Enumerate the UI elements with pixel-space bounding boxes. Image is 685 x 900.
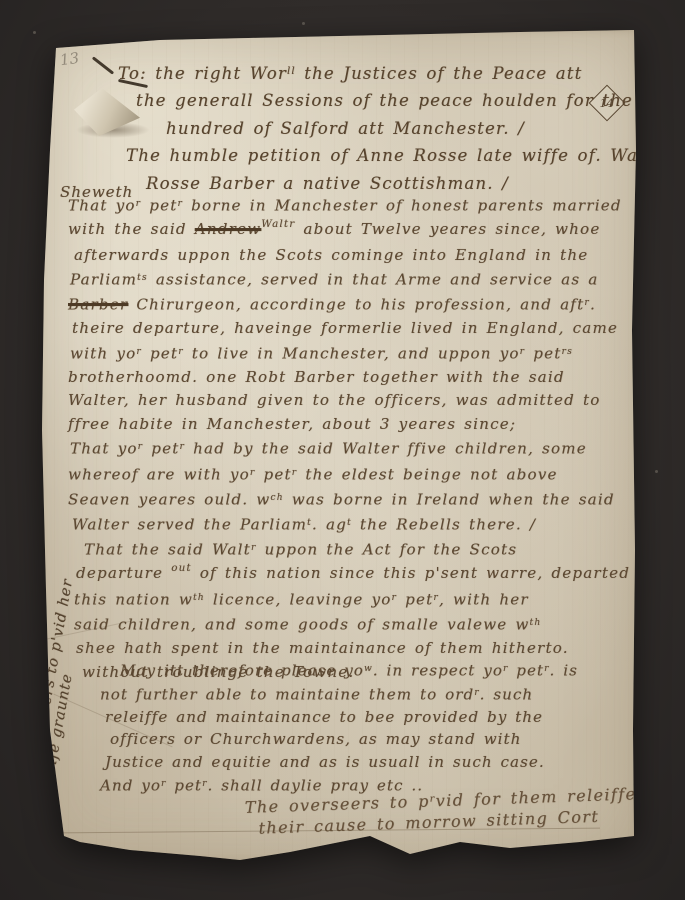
- text-segment-sup: ll: [287, 66, 296, 77]
- text-segment-sup: th: [529, 618, 541, 628]
- text-segment: assistance, served in that Arme and serv…: [148, 271, 599, 289]
- text-line: said children, and some goods of smalle …: [74, 612, 630, 637]
- petition-body: That yor petr borne in Manchester of hon…: [68, 193, 630, 684]
- text-segment: said children, and some goods of smalle …: [74, 616, 529, 634]
- text-segment-ins: Waltr: [261, 219, 295, 230]
- text-line: Justice and equitie and as is usuall in …: [105, 751, 578, 773]
- text-segment-sup: th: [193, 593, 205, 603]
- text-line: Barber Chirurgeon, accordinge to his pro…: [68, 292, 630, 317]
- text-segment: had by the said Walter ffive children, s…: [185, 440, 587, 458]
- text-segment: brotherhoomd. one Robt Barber together w…: [68, 368, 565, 386]
- text-segment: with the said: [68, 220, 195, 238]
- dust-speck: [655, 470, 658, 473]
- text-segment: theire departure, haveinge formerlie liv…: [72, 319, 618, 337]
- text-line: hundred of Salford att Manchester. /: [166, 115, 672, 143]
- text-segment: That yo: [68, 197, 136, 215]
- text-segment: That yo: [70, 440, 138, 458]
- text-segment: pet: [142, 344, 178, 362]
- text-segment-ins: out: [171, 563, 192, 574]
- text-segment: Parliam: [70, 271, 137, 289]
- text-segment: ffree habite in Manchester, about 3 year…: [68, 415, 516, 433]
- text-segment: , with her: [439, 591, 529, 609]
- text-segment: May itt therefore please yo: [120, 662, 364, 680]
- text-line: May itt therefore please yow. in respect…: [120, 658, 578, 682]
- text-segment: Walter, her husband given to the officer…: [68, 391, 601, 409]
- folio-number-left: 13: [59, 49, 80, 69]
- text-segment: uppon the Act for the Scots: [257, 540, 518, 558]
- text-segment: . such: [480, 685, 534, 703]
- manuscript-page: 13 14 To: the right Worll the Justices o…: [40, 30, 637, 862]
- text-line: the generall Sessions of the peace hould…: [136, 87, 672, 115]
- text-line: Walter served the Parliamt. agt the Rebe…: [72, 512, 630, 537]
- text-segment: pet: [397, 591, 433, 609]
- text-line: with the said AndrewWaltr about Twelve y…: [68, 218, 630, 244]
- text-segment: whereof are with yo: [68, 465, 250, 483]
- text-segment: afterwards uppon the Scots cominge into …: [74, 246, 588, 264]
- text-line: That yor petr borne in Manchester of hon…: [68, 193, 630, 218]
- text-segment: the Rebells there. /: [352, 515, 536, 533]
- text-segment: not further able to maintaine them to or…: [100, 685, 474, 703]
- text-segment: was borne in Ireland when the said: [284, 490, 615, 508]
- text-line: with yor petr to live in Manchester, and…: [70, 341, 630, 366]
- text-segment: To: the right Wor: [118, 64, 287, 83]
- text-line: whereof are with yor petr the eldest bei…: [68, 462, 630, 487]
- text-line: afterwards uppon the Scots cominge into …: [74, 244, 630, 268]
- text-line: Seaven yeares ould. wch was borne in Ire…: [68, 487, 630, 512]
- text-segment: .: [590, 296, 596, 314]
- text-line: Walter, her husband given to the officer…: [68, 389, 630, 413]
- text-segment-sup: rs: [562, 347, 573, 357]
- text-segment: the Justices of the Peace att: [296, 64, 583, 83]
- text-segment: pet: [166, 777, 202, 795]
- text-segment: . in respect yo: [373, 662, 503, 680]
- text-segment: this nation w: [74, 591, 193, 609]
- text-segment: the generall Sessions of the peace hould…: [136, 91, 633, 110]
- text-segment-sup: ch: [270, 493, 283, 503]
- text-segment: borne in Manchester of honest parents ma…: [183, 197, 622, 215]
- text-segment: Walter served the Parliam: [72, 515, 307, 533]
- text-line: Parliamts assistance, served in that Arm…: [70, 267, 630, 292]
- text-line: releiffe and maintainance to bee provide…: [105, 706, 578, 728]
- petition-prayer: May itt therefore please yow. in respect…: [100, 658, 578, 797]
- text-segment: of this nation since this p'sent warre, …: [192, 564, 630, 582]
- text-segment: pet: [508, 662, 544, 680]
- petition-heading: To: the right Worll the Justices of the …: [118, 58, 672, 197]
- text-segment: The humble petition of Anne Rosse late w…: [126, 146, 672, 165]
- text-segment: . is: [549, 662, 577, 680]
- photo-backdrop: 13 14 To: the right Worll the Justices o…: [0, 0, 685, 900]
- text-segment: pet: [141, 197, 177, 215]
- text-segment-strike: Andrew: [195, 220, 261, 238]
- text-segment-strike: Barber: [68, 296, 128, 314]
- text-segment: pet: [525, 344, 561, 362]
- text-line: ffree habite in Manchester, about 3 year…: [68, 413, 630, 437]
- text-segment: pet: [255, 465, 291, 483]
- text-segment: the eldest beinge not above: [297, 465, 557, 483]
- text-segment: . ag: [312, 515, 347, 533]
- text-segment: to live in Manchester, and uppon yo: [184, 344, 520, 362]
- paper-tear-slit: [92, 56, 114, 74]
- text-segment: releiffe and maintainance to bee provide…: [105, 708, 543, 726]
- text-line: brotherhoomd. one Robt Barber together w…: [68, 366, 630, 390]
- text-segment-sup: ts: [137, 273, 148, 283]
- text-line: not further able to maintaine them to or…: [100, 682, 578, 706]
- text-segment: And yo: [100, 777, 161, 795]
- dust-speck: [33, 31, 36, 34]
- text-segment: pet: [143, 440, 179, 458]
- text-line: this nation wth licence, leavinge yor pe…: [74, 587, 630, 612]
- text-segment: Rosse Barber a native Scottishman. /: [146, 174, 509, 193]
- dust-speck: [302, 22, 305, 25]
- text-segment: Justice and equitie and as is usuall in …: [105, 753, 545, 771]
- text-segment: licence, leavinge yo: [205, 591, 392, 609]
- text-segment: hundred of Salford att Manchester. /: [166, 119, 525, 138]
- text-segment: Seaven yeares ould. w: [68, 490, 270, 508]
- text-line: To: the right Worll the Justices of the …: [118, 58, 672, 87]
- text-segment: shee hath spent in the maintainance of t…: [76, 639, 569, 657]
- text-line: The humble petition of Anne Rosse late w…: [126, 142, 672, 170]
- text-line: theire departure, haveinge formerlie liv…: [72, 317, 630, 341]
- text-line: That the said Waltr uppon the Act for th…: [84, 537, 630, 562]
- text-segment: about Twelve yeares since, whoe: [295, 220, 600, 238]
- text-segment: Chirurgeon, accordinge to his profession…: [128, 296, 584, 314]
- text-segment-sup: w: [364, 664, 373, 674]
- text-line: departure out of this nation since this …: [76, 562, 630, 588]
- text-segment: That the said Walt: [84, 540, 251, 558]
- text-line: That yor petr had by the said Walter ffi…: [70, 436, 630, 461]
- text-segment: with yo: [70, 344, 136, 362]
- text-line: officers or Churchwardens, as may stand …: [110, 728, 578, 750]
